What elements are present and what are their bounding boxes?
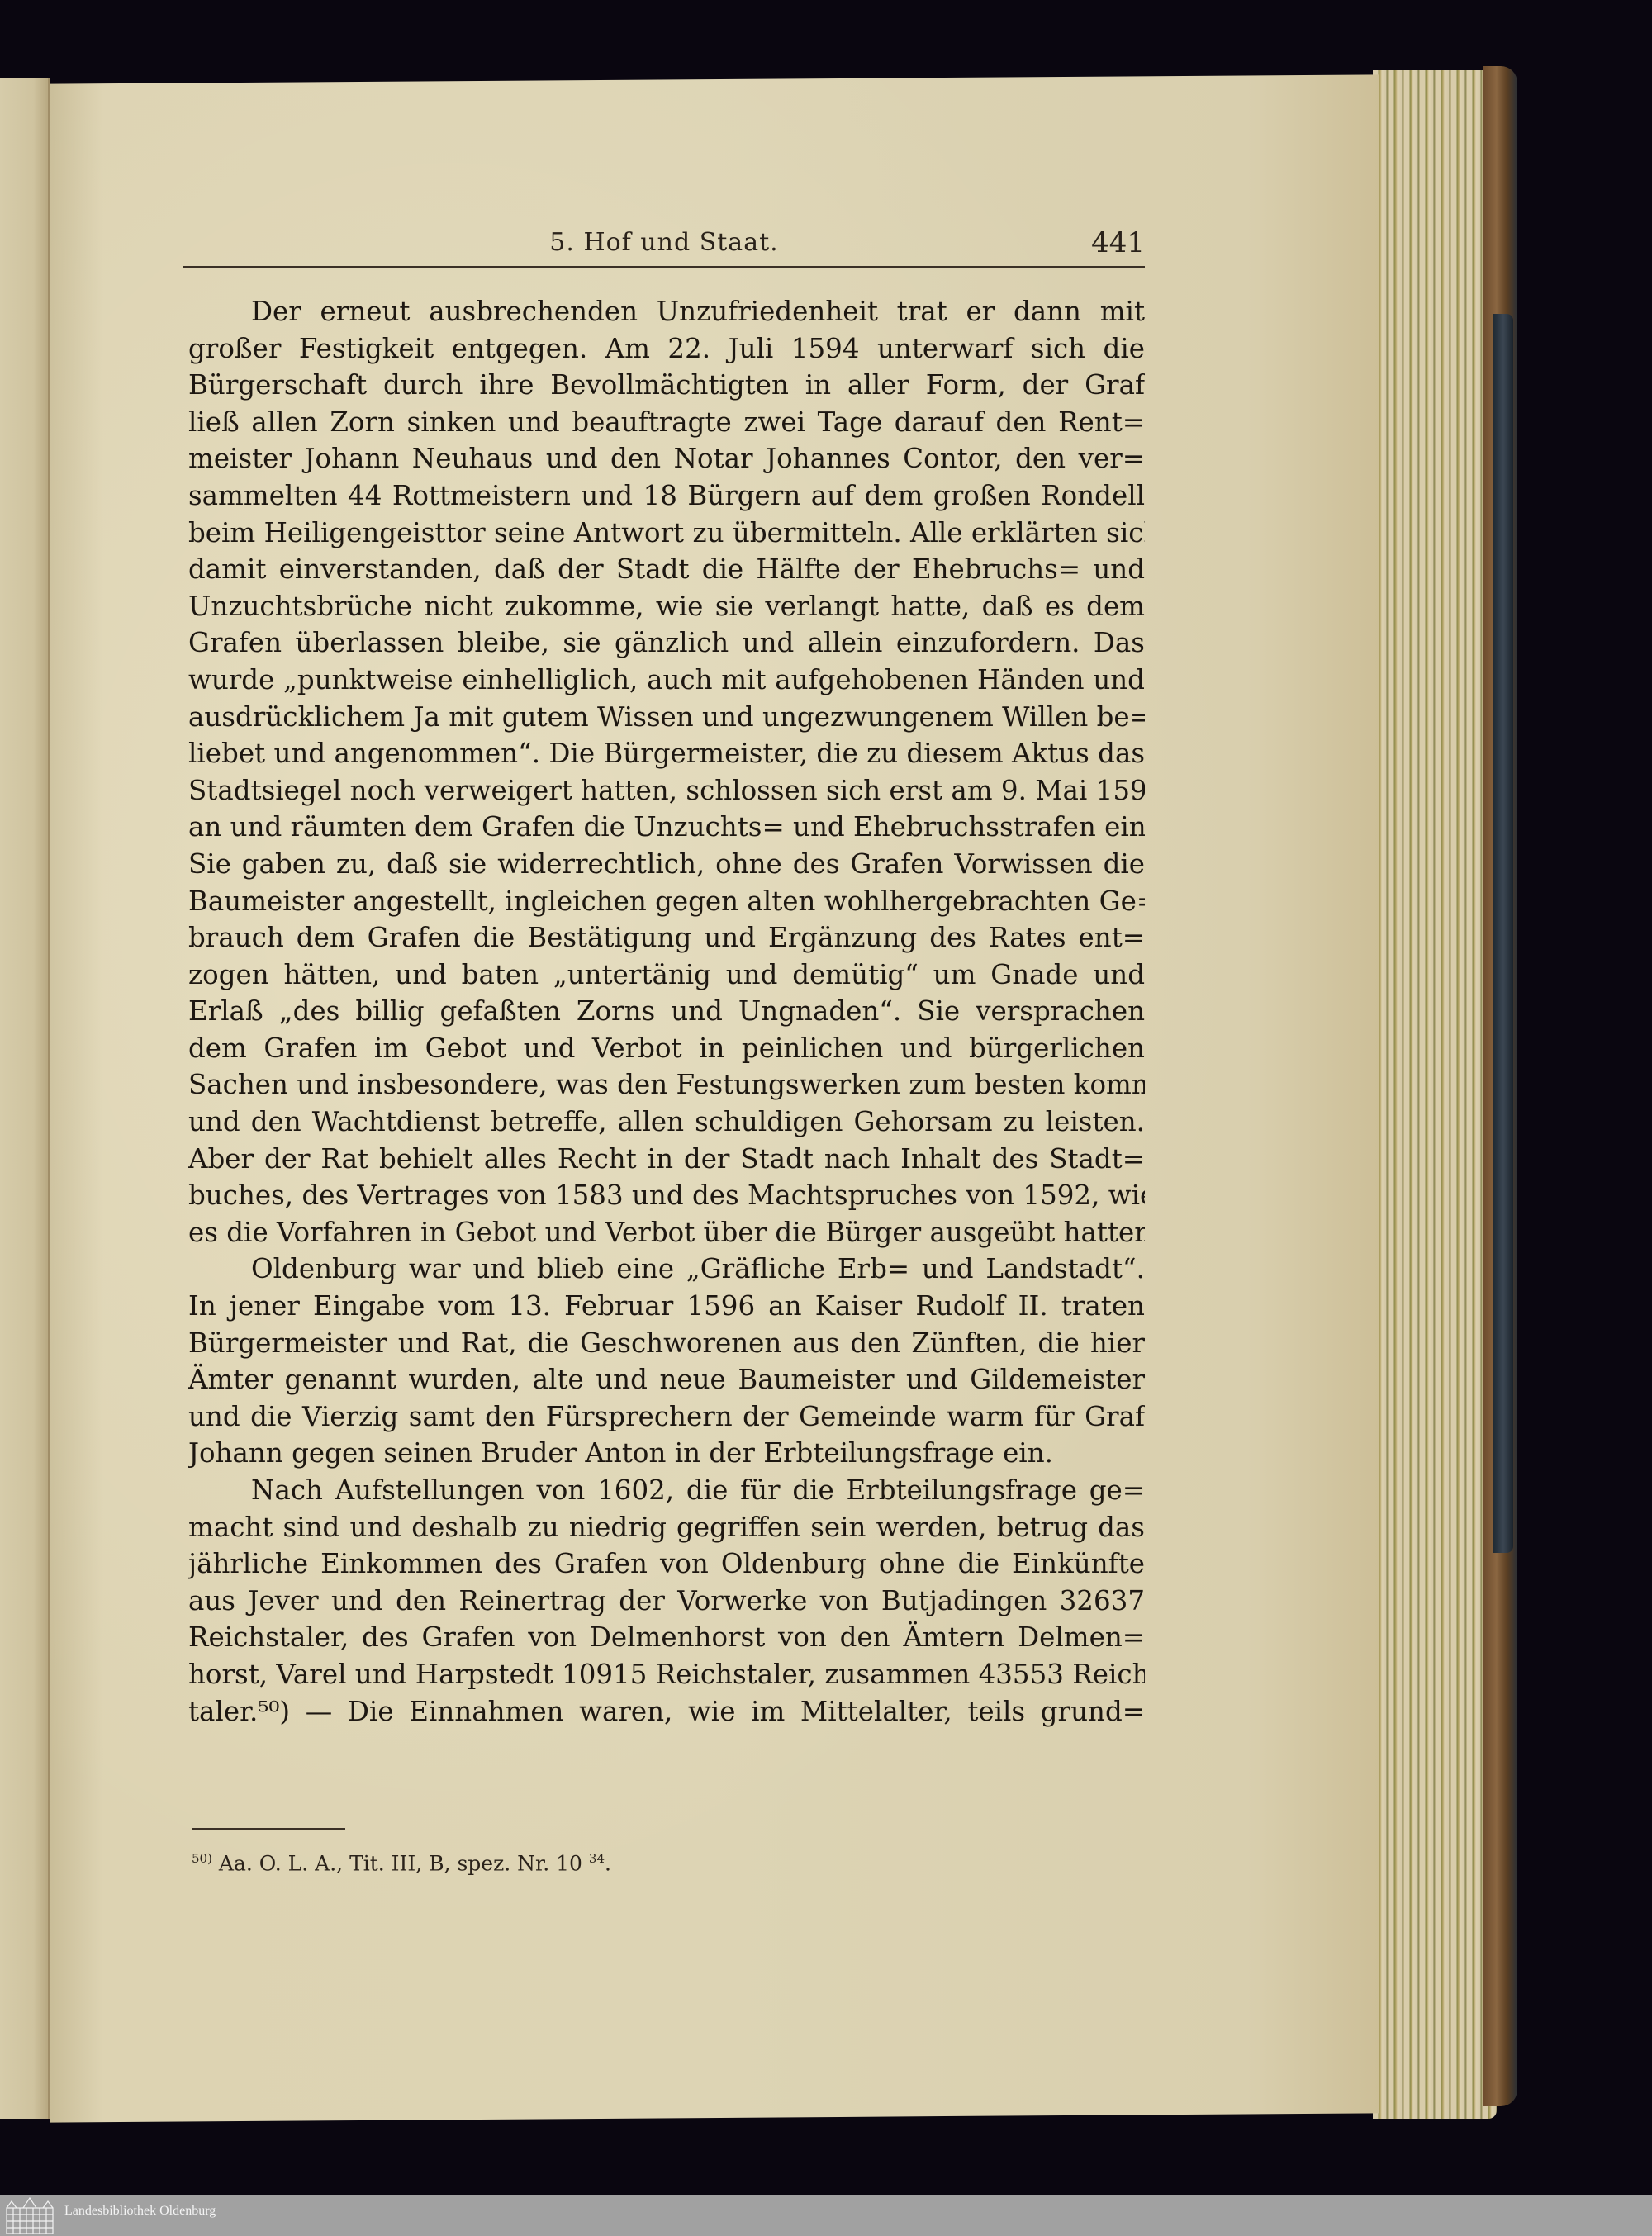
text-line: Reichstaler, des Grafen von Delmenhorst … — [188, 1619, 1145, 1656]
footnote-superscript: 34 — [589, 1851, 605, 1866]
text-line: jährliche Einkommen des Grafen von Olden… — [188, 1545, 1145, 1583]
text-line: horst, Varel und Harpstedt 10915 Reichst… — [188, 1656, 1145, 1693]
footnote-text: Aa. O. L. A., Tit. III, B, spez. Nr. 10 — [219, 1851, 582, 1875]
running-head: 5. Hof und Staat. 441 — [183, 225, 1145, 266]
text-line: brauch dem Grafen die Bestätigung und Er… — [188, 919, 1145, 957]
text-line: sammelten 44 Rottmeistern und 18 Bürgern… — [188, 477, 1145, 515]
text-line: meister Johann Neuhaus und den Notar Joh… — [188, 440, 1145, 477]
text-line: Sachen und insbesondere, was den Festung… — [188, 1066, 1145, 1104]
left-page-edge — [0, 78, 50, 2119]
text-line: und den Wachtdienst betreffe, allen schu… — [188, 1104, 1145, 1141]
text-line: Stadtsiegel noch verweigert hatten, schl… — [188, 772, 1145, 809]
text-line: aus Jever und den Reinertrag der Vorwerk… — [188, 1583, 1145, 1620]
institution-name: Landesbibliothek Oldenburg — [64, 2204, 216, 2219]
footnote-rule — [192, 1828, 345, 1830]
text-line: großer Festigkeit entgegen. Am 22. Juli … — [188, 330, 1145, 368]
text-line: liebet und angenommen“. Die Bürgermeiste… — [188, 735, 1145, 772]
text-line: macht sind und deshalb zu niedrig gegrif… — [188, 1509, 1145, 1546]
text-line: Der erneut ausbrechenden Unzufriedenheit… — [188, 293, 1145, 330]
text-line: ließ allen Zorn sinken und beauftragte z… — [188, 404, 1145, 441]
text-line: In jener Eingabe vom 13. Februar 1596 an… — [188, 1288, 1145, 1325]
text-line: und die Vierzig samt den Fürsprechern de… — [188, 1398, 1145, 1436]
footnote-marker: 50) — [192, 1851, 212, 1866]
text-line: Baumeister angestellt, ingleichen gegen … — [188, 883, 1145, 920]
text-line: Nach Aufstellungen von 1602, die für die… — [188, 1472, 1145, 1509]
text-line: Aber der Rat behielt alles Recht in der … — [188, 1141, 1145, 1178]
text-line: beim Heiligengeisttor seine Antwort zu ü… — [188, 515, 1145, 552]
running-title: 5. Hof und Staat. — [183, 228, 1145, 257]
text-line: damit einverstanden, daß der Stadt die H… — [188, 551, 1145, 588]
library-building-icon — [5, 2196, 55, 2234]
text-line: Unzuchtsbrüche nicht zukomme, wie sie ve… — [188, 588, 1145, 625]
text-line: Erlaß „des billig gefaßten Zorns und Ung… — [188, 993, 1145, 1030]
book-spine — [1493, 314, 1513, 1553]
body-text: Der erneut ausbrechenden Unzufriedenheit… — [188, 293, 1145, 1730]
footnote: 50) Aa. O. L. A., Tit. III, B, spez. Nr.… — [192, 1851, 611, 1875]
text-line: buches, des Vertrages von 1583 und des M… — [188, 1177, 1145, 1214]
page-edges — [1373, 70, 1497, 2119]
text-line: Ämter genannt wurden, alte und neue Baum… — [188, 1361, 1145, 1398]
text-line: zogen hätten, und baten „untertänig und … — [188, 957, 1145, 994]
text-line: Oldenburg war und blieb eine „Gräfliche … — [188, 1251, 1145, 1288]
text-line: Bürgermeister und Rat, die Geschworenen … — [188, 1325, 1145, 1362]
text-line: wurde „punktweise einhelliglich, auch mi… — [188, 662, 1145, 699]
text-line: an und räumten dem Grafen die Unzuchts= … — [188, 809, 1145, 846]
text-line: dem Grafen im Gebot und Verbot in peinli… — [188, 1030, 1145, 1067]
text-line: Grafen überlassen bleibe, sie gänzlich u… — [188, 624, 1145, 662]
footnote-trailing: . — [605, 1851, 611, 1875]
footer-bar — [0, 2195, 1652, 2236]
text-line: ausdrücklichem Ja mit gutem Wissen und u… — [188, 699, 1145, 736]
text-line: es die Vorfahren in Gebot und Verbot übe… — [188, 1214, 1145, 1251]
text-line: Bürgerschaft durch ihre Bevollmächtigten… — [188, 367, 1145, 404]
text-line: Johann gegen seinen Bruder Anton in der … — [188, 1435, 1145, 1472]
header-rule — [183, 266, 1145, 268]
text-line: Sie gaben zu, daß sie widerrechtlich, oh… — [188, 846, 1145, 883]
page-number: 441 — [1091, 226, 1145, 259]
text-line: taler.⁵⁰) — Die Einnahmen waren, wie im … — [188, 1693, 1145, 1730]
